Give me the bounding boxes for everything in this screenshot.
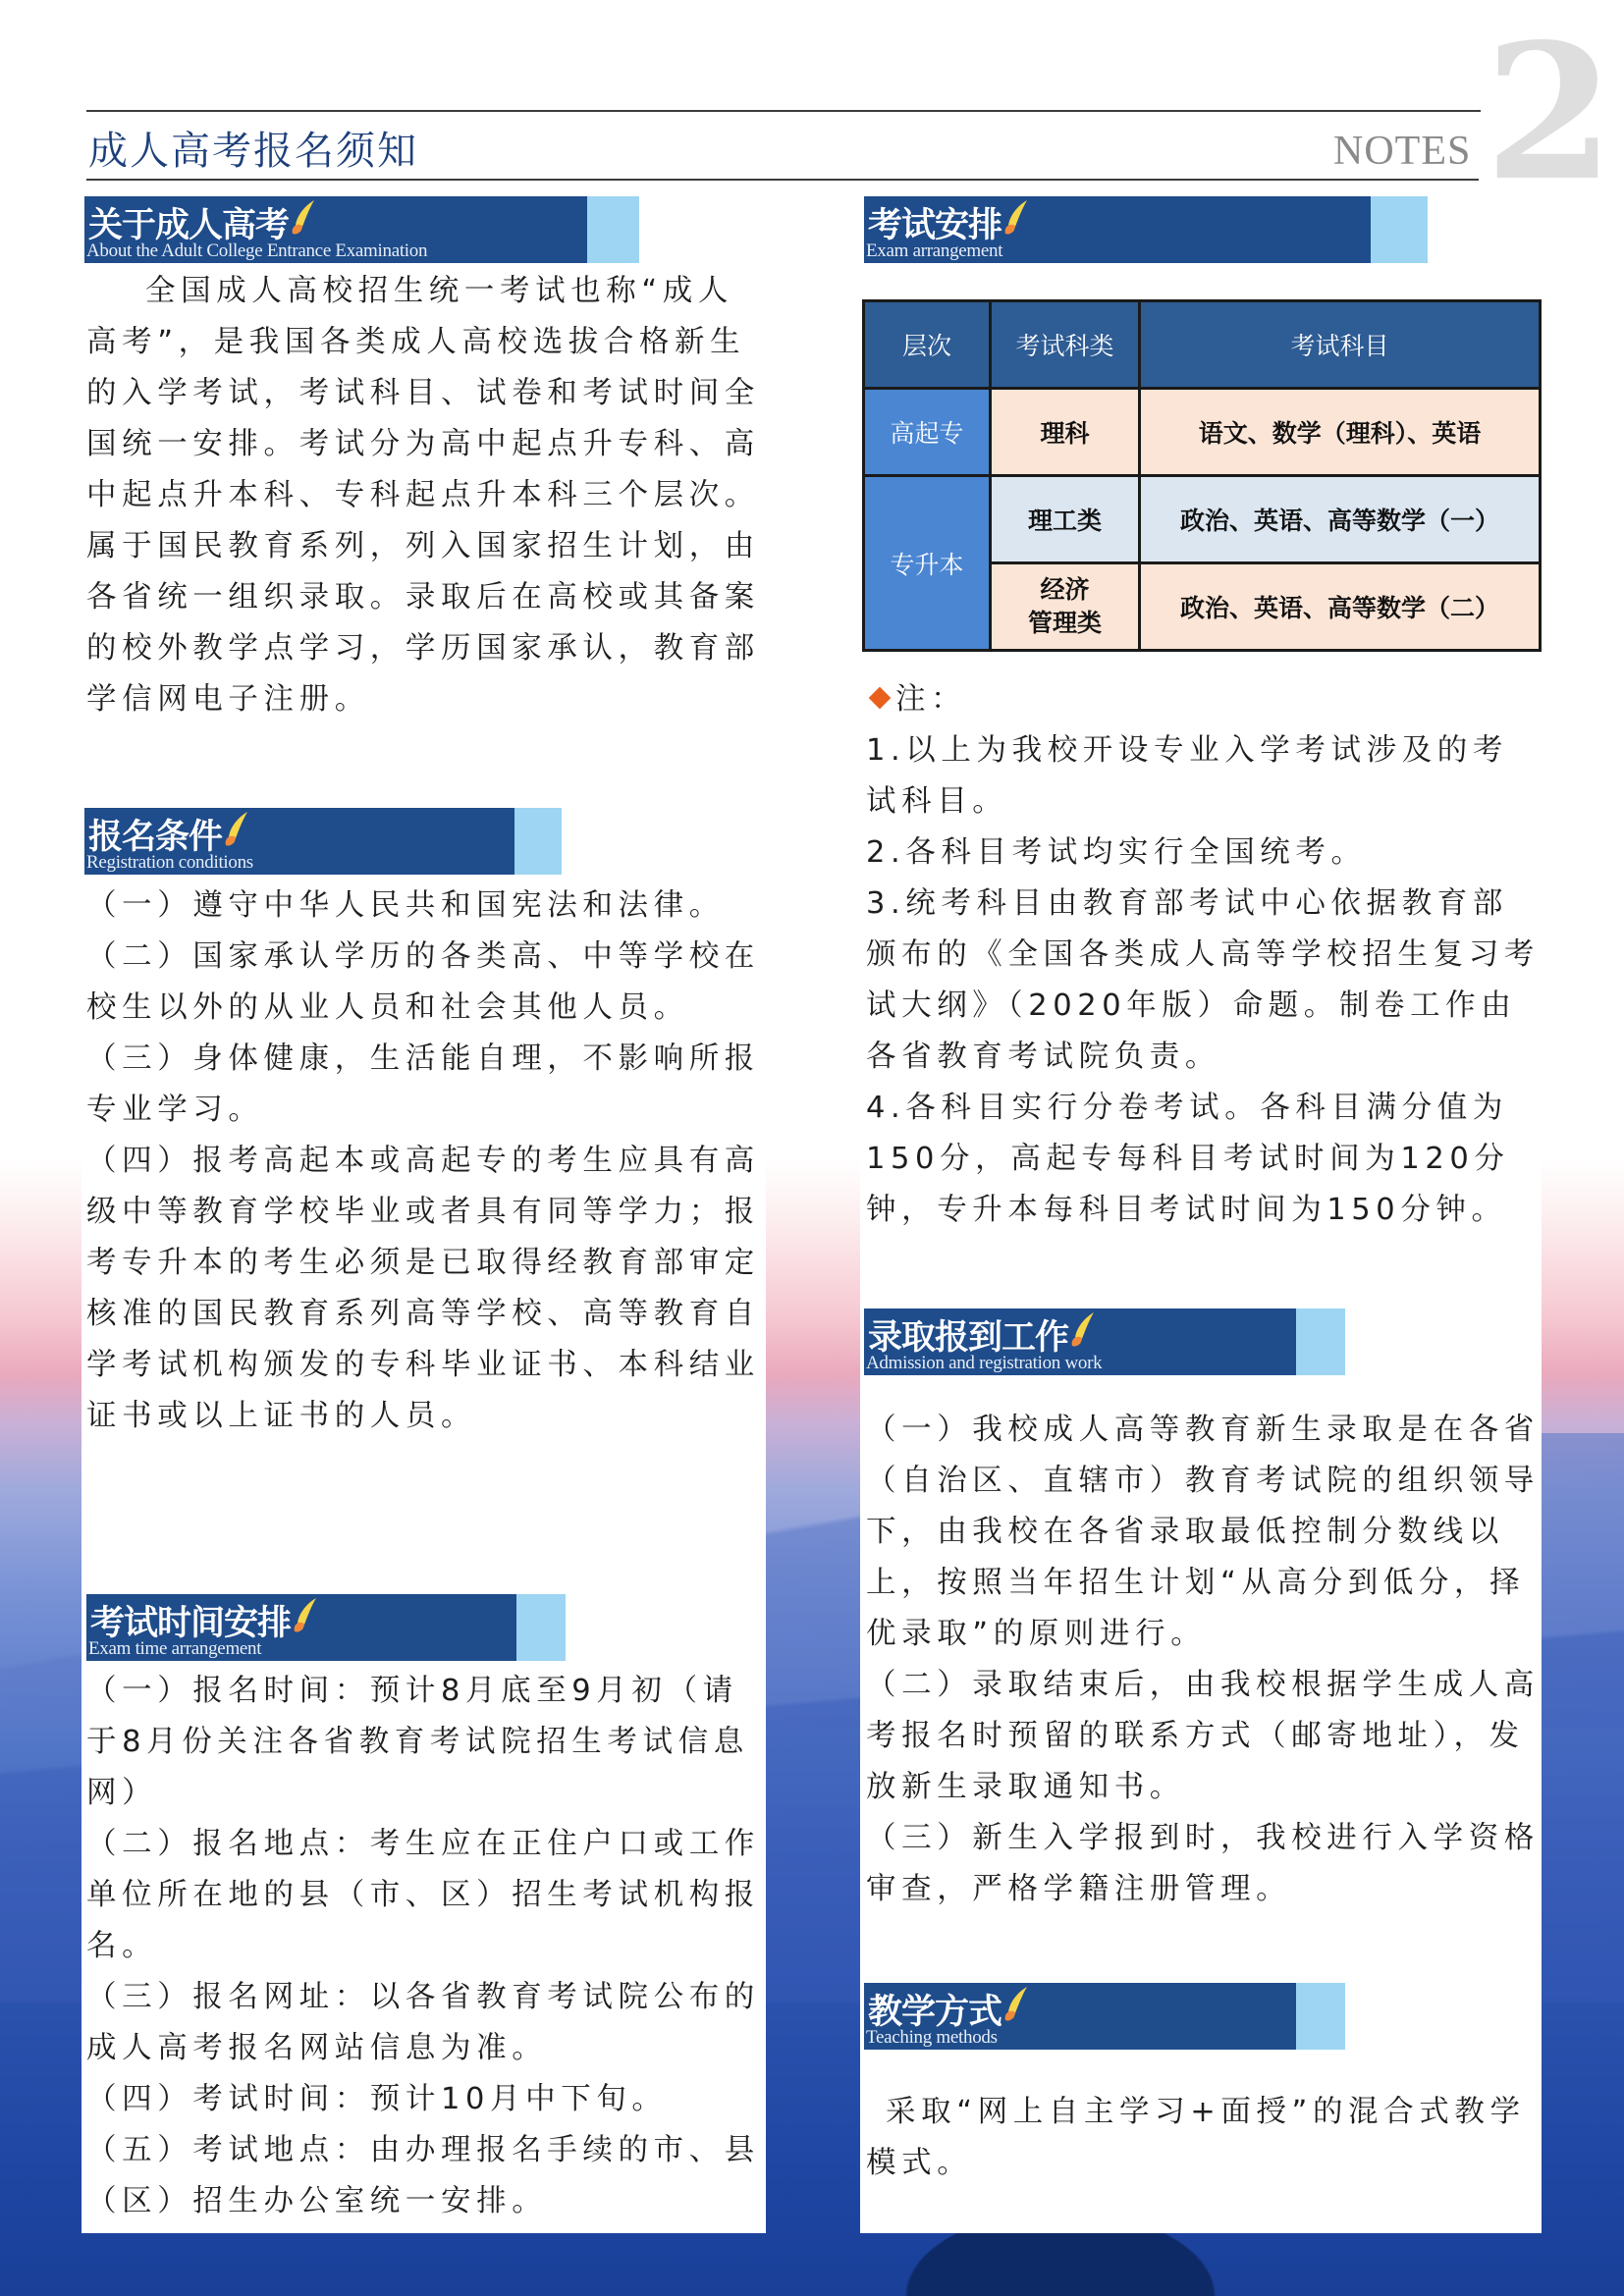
- level-cell: 专升本: [864, 476, 991, 651]
- registration-list: （一）遵守中华人民共和国宪法和法律。 （二）国家承认学历的各类高、中等学校在校生…: [86, 881, 764, 1442]
- list-item: （三）身体健康，生活能自理，不影响所报专业学习。: [86, 1034, 764, 1136]
- list-item: 4.各科目实行分卷考试。各科目满分值为150分，高起专每科目考试时间为120分钟…: [866, 1083, 1542, 1236]
- exam-notes: 注： 1.以上为我校开设专业入学考试涉及的考试科目。 2.各科目考试均实行全国统…: [866, 674, 1542, 1236]
- list-item: （二）录取结束后，由我校根据学生成人高考报名时预留的联系方式（邮寄地址），发放新…: [866, 1660, 1542, 1813]
- subjects-cell: 语文、数学（理科）、英语: [1140, 389, 1541, 476]
- leaf-icon: [291, 198, 316, 236]
- list-item: （一）报名时间：预计8月底至9月初（请于8月份关注各省教育考试院招生考试信息网）: [86, 1666, 764, 1819]
- page-number: 2: [1485, 20, 1614, 206]
- section-subtitle: Registration conditions: [86, 852, 253, 874]
- section-header-accent: [514, 808, 562, 875]
- leaf-icon: [1003, 198, 1029, 236]
- header-rule-bottom: [86, 179, 1479, 181]
- teaching-body: 采取“网上自主学习+面授”的混合式教学模式。: [866, 2087, 1542, 2189]
- section-header-accent: [587, 196, 639, 263]
- table-row: 高起专 理科 语文、数学（理科）、英语: [864, 389, 1541, 476]
- list-item: （四）报考高起本或高起专的考生应具有高级中等教育学校毕业或者具有同等学力；报考专…: [86, 1136, 764, 1442]
- header-rule-top: [86, 110, 1481, 112]
- section-header-exam-time: 考试时间安排 Exam time arrangement: [86, 1594, 566, 1661]
- section-subtitle: About the Adult College Entrance Examina…: [86, 240, 427, 262]
- section-header-accent: [1296, 1983, 1345, 2050]
- leaf-icon: [1070, 1310, 1096, 1348]
- subjects-cell: 政治、英语、高等数学（二）: [1140, 563, 1541, 651]
- list-item: （一）遵守中华人民共和国宪法和法律。: [86, 881, 764, 932]
- page-title: 成人高考报名须知: [88, 120, 418, 176]
- list-item: 2.各科目考试均实行全国统考。: [866, 828, 1542, 879]
- table-row: 专升本 理工类 政治、英语、高等数学（一）: [864, 476, 1541, 563]
- table-header-cell: 考试科类: [991, 301, 1140, 389]
- list-item: （二）报名地点：考生应在正住户口或工作单位所在地的县（市、区）招生考试机构报名。: [86, 1819, 764, 1972]
- section-subtitle: Exam time arrangement: [88, 1638, 261, 1660]
- section-header-about: 关于成人高考 About the Adult College Entrance …: [84, 196, 639, 263]
- notes-label: NOTES: [1333, 128, 1471, 175]
- table-header-cell: 考试科目: [1140, 301, 1541, 389]
- list-item: （一）我校成人高等教育新生录取是在各省（自治区、直辖市）教育考试院的组织领导下，…: [866, 1405, 1542, 1660]
- table-header-row: 层次 考试科类 考试科目: [864, 301, 1541, 389]
- category-cell: 理科: [991, 389, 1140, 476]
- list-item: 3.统考科目由教育部考试中心依据教育部颁布的《全国各类成人高等学校招生复习考试大…: [866, 879, 1542, 1083]
- leaf-icon: [1003, 1985, 1029, 2022]
- about-body: 全国成人高校招生统一考试也称“成人高考”，是我国各类成人高校选拔合格新生的入学考…: [86, 266, 764, 725]
- admission-list: （一）我校成人高等教育新生录取是在各省（自治区、直辖市）教育考试院的组织领导下，…: [866, 1405, 1542, 1915]
- table-header-cell: 层次: [864, 301, 991, 389]
- exam-time-list: （一）报名时间：预计8月底至9月初（请于8月份关注各省教育考试院招生考试信息网）…: [86, 1666, 764, 2227]
- section-subtitle: Exam arrangement: [866, 240, 1002, 262]
- level-cell: 高起专: [864, 389, 991, 476]
- section-header-admission: 录取报到工作 Admission and registration work: [864, 1308, 1345, 1375]
- subjects-cell: 政治、英语、高等数学（一）: [1140, 476, 1541, 563]
- section-subtitle: Teaching methods: [866, 2027, 998, 2049]
- leaf-icon: [293, 1596, 318, 1633]
- section-header-accent: [516, 1594, 566, 1661]
- list-item: （五）考试地点：由办理报名手续的市、县（区）招生办公室统一安排。: [86, 2125, 764, 2227]
- section-header-registration: 报名条件 Registration conditions: [84, 808, 562, 875]
- section-header-accent: [1296, 1308, 1345, 1375]
- section-header-teaching: 教学方式 Teaching methods: [864, 1983, 1345, 2050]
- section-header-accent: [1371, 196, 1428, 263]
- list-item: （三）新生入学报到时，我校进行入学资格审查，严格学籍注册管理。: [866, 1813, 1542, 1915]
- leaf-icon: [224, 810, 249, 847]
- list-item: （三）报名网址：以各省教育考试院公布的成人高考报名网站信息为准。: [86, 1972, 764, 2074]
- exam-subjects-table: 层次 考试科类 考试科目 高起专 理科 语文、数学（理科）、英语 专升本 理工类…: [862, 299, 1542, 652]
- note-heading: 注：: [866, 674, 1542, 725]
- list-item: （二）国家承认学历的各类高、中等学校在校生以外的从业人员和社会其他人员。: [86, 932, 764, 1034]
- category-cell: 理工类: [991, 476, 1140, 563]
- list-item: 1.以上为我校开设专业入学考试涉及的考试科目。: [866, 725, 1542, 828]
- list-item: （四）考试时间：预计10月中下旬。: [86, 2074, 764, 2125]
- section-header-exam-arrangement: 考试安排 Exam arrangement: [864, 196, 1428, 263]
- diamond-bullet-icon: [869, 686, 892, 709]
- category-cell: 经济 管理类: [991, 563, 1140, 651]
- section-subtitle: Admission and registration work: [866, 1353, 1102, 1374]
